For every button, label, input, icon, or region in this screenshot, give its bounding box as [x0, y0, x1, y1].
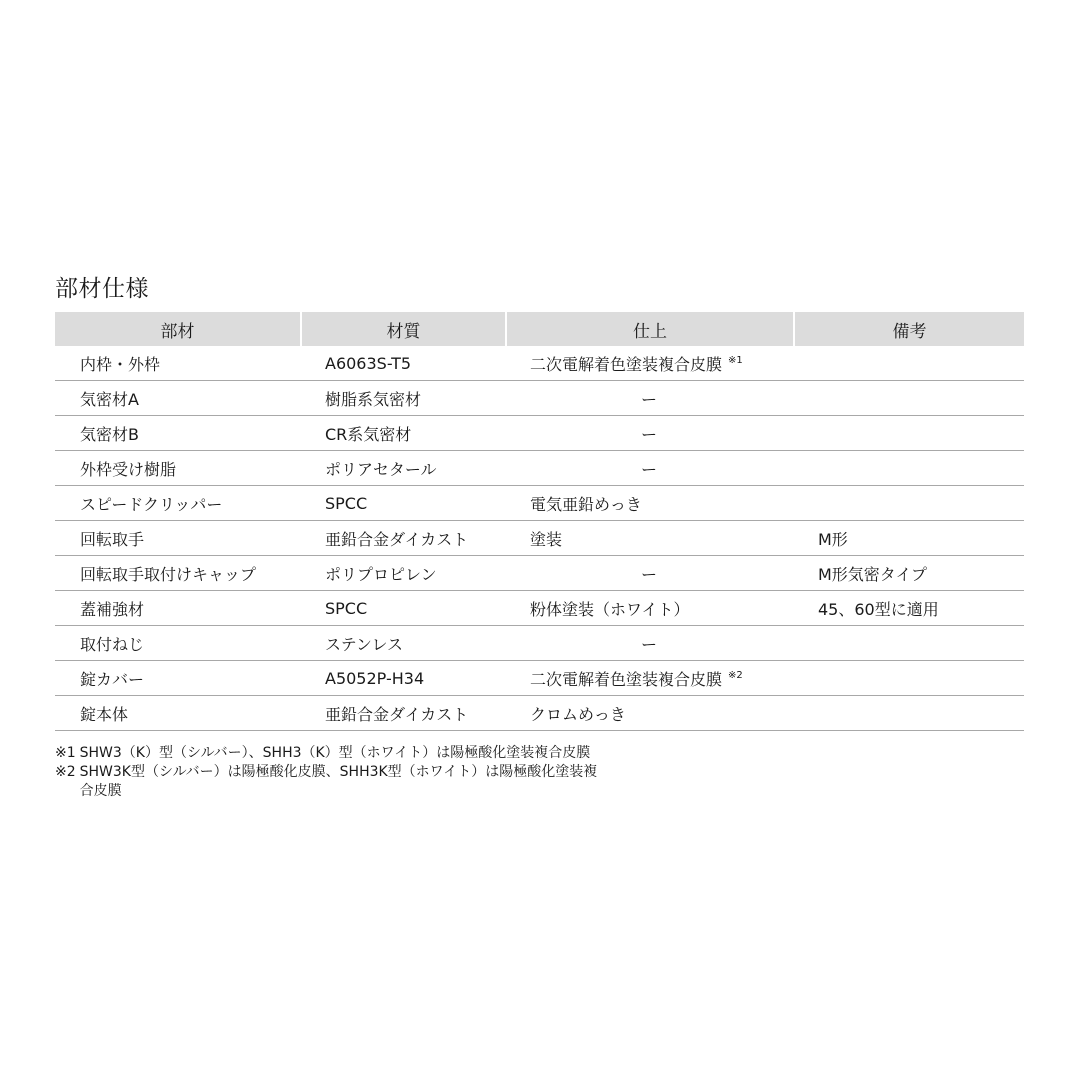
cell-part: スピードクリッパー — [55, 486, 300, 521]
cell-material: SPCC — [300, 591, 505, 626]
cell-material: ステンレス — [300, 626, 505, 661]
cell-part: 錠カバー — [55, 661, 300, 696]
cell-remarks — [793, 451, 1024, 486]
cell-part: 蓋補強材 — [55, 591, 300, 626]
finish-text: 二次電解着色塗装複合皮膜 — [530, 670, 722, 689]
footnote-mark: ※2 — [55, 763, 76, 801]
cell-finish: 粉体塗装（ホワイト） — [505, 591, 793, 626]
cell-finish: 電気亜鉛めっき — [505, 486, 793, 521]
cell-material: CR系気密材 — [300, 416, 505, 451]
table-row: 錠本体 亜鉛合金ダイカスト クロムめっき — [55, 696, 1024, 731]
cell-remarks — [793, 696, 1024, 731]
cell-remarks — [793, 661, 1024, 696]
cell-remarks — [793, 626, 1024, 661]
footnote-1: ※1 SHW3（K）型（シルバー）、SHH3（K）型（ホワイト）は陽極酸化塗装複… — [55, 744, 655, 763]
table-row: 気密材A 樹脂系気密材 ー — [55, 381, 1024, 416]
cell-remarks — [793, 486, 1024, 521]
footnote-2: ※2 SHW3K型（シルバー）は陽極酸化皮膜、SHH3K型（ホワイト）は陽極酸化… — [55, 763, 655, 801]
cell-part: 内枠・外枠 — [55, 346, 300, 381]
section-title: 部材仕様 — [55, 273, 149, 305]
cell-finish: 塗装 — [505, 521, 793, 556]
cell-finish: ー — [505, 451, 793, 486]
cell-material: SPCC — [300, 486, 505, 521]
cell-finish: クロムめっき — [505, 696, 793, 731]
cell-material: A5052P-H34 — [300, 661, 505, 696]
cell-part: 回転取手 — [55, 521, 300, 556]
cell-part: 外枠受け樹脂 — [55, 451, 300, 486]
cell-remarks: M形気密タイプ — [793, 556, 1024, 591]
cell-remarks: M形 — [793, 521, 1024, 556]
cell-part: 錠本体 — [55, 696, 300, 731]
table-row: 蓋補強材 SPCC 粉体塗装（ホワイト） 45、60型に適用 — [55, 591, 1024, 626]
cell-finish: 二次電解着色塗装複合皮膜※2 — [505, 661, 793, 696]
cell-finish: 二次電解着色塗装複合皮膜※1 — [505, 346, 793, 381]
table-row: 回転取手取付けキャップ ポリプロピレン ー M形気密タイプ — [55, 556, 1024, 591]
table-row: 錠カバー A5052P-H34 二次電解着色塗装複合皮膜※2 — [55, 661, 1024, 696]
table-header-row: 部材 材質 仕上 備考 — [55, 312, 1024, 346]
finish-text: 二次電解着色塗装複合皮膜 — [530, 355, 722, 374]
cell-remarks: 45、60型に適用 — [793, 591, 1024, 626]
cell-part: 気密材B — [55, 416, 300, 451]
header-part: 部材 — [55, 312, 300, 346]
cell-finish: ー — [505, 381, 793, 416]
footnote-mark: ※1 — [55, 744, 76, 763]
table-row: 取付ねじ ステンレス ー — [55, 626, 1024, 661]
table-row: スピードクリッパー SPCC 電気亜鉛めっき — [55, 486, 1024, 521]
header-finish: 仕上 — [505, 312, 793, 346]
table-row: 気密材B CR系気密材 ー — [55, 416, 1024, 451]
cell-material: ポリアセタール — [300, 451, 505, 486]
table-row: 外枠受け樹脂 ポリアセタール ー — [55, 451, 1024, 486]
footnote-ref: ※1 — [728, 355, 743, 366]
table-row: 回転取手 亜鉛合金ダイカスト 塗装 M形 — [55, 521, 1024, 556]
cell-finish: ー — [505, 556, 793, 591]
cell-finish: ー — [505, 416, 793, 451]
cell-remarks — [793, 416, 1024, 451]
header-remarks: 備考 — [793, 312, 1024, 346]
header-material: 材質 — [300, 312, 505, 346]
cell-part: 取付ねじ — [55, 626, 300, 661]
cell-material: 亜鉛合金ダイカスト — [300, 521, 505, 556]
cell-remarks — [793, 346, 1024, 381]
footnotes: ※1 SHW3（K）型（シルバー）、SHH3（K）型（ホワイト）は陽極酸化塗装複… — [55, 744, 655, 801]
cell-finish: ー — [505, 626, 793, 661]
cell-remarks — [793, 381, 1024, 416]
cell-material: 樹脂系気密材 — [300, 381, 505, 416]
footnote-text: SHW3（K）型（シルバー）、SHH3（K）型（ホワイト）は陽極酸化塗装複合皮膜 — [80, 744, 600, 763]
cell-part: 気密材A — [55, 381, 300, 416]
footnote-ref: ※2 — [728, 670, 743, 681]
cell-material: 亜鉛合金ダイカスト — [300, 696, 505, 731]
cell-material: A6063S-T5 — [300, 346, 505, 381]
cell-part: 回転取手取付けキャップ — [55, 556, 300, 591]
table-row: 内枠・外枠 A6063S-T5 二次電解着色塗装複合皮膜※1 — [55, 346, 1024, 381]
spec-table: 部材 材質 仕上 備考 内枠・外枠 A6063S-T5 二次電解着色塗装複合皮膜… — [55, 312, 1024, 731]
footnote-text: SHW3K型（シルバー）は陽極酸化皮膜、SHH3K型（ホワイト）は陽極酸化塗装複… — [80, 763, 600, 801]
cell-material: ポリプロピレン — [300, 556, 505, 591]
